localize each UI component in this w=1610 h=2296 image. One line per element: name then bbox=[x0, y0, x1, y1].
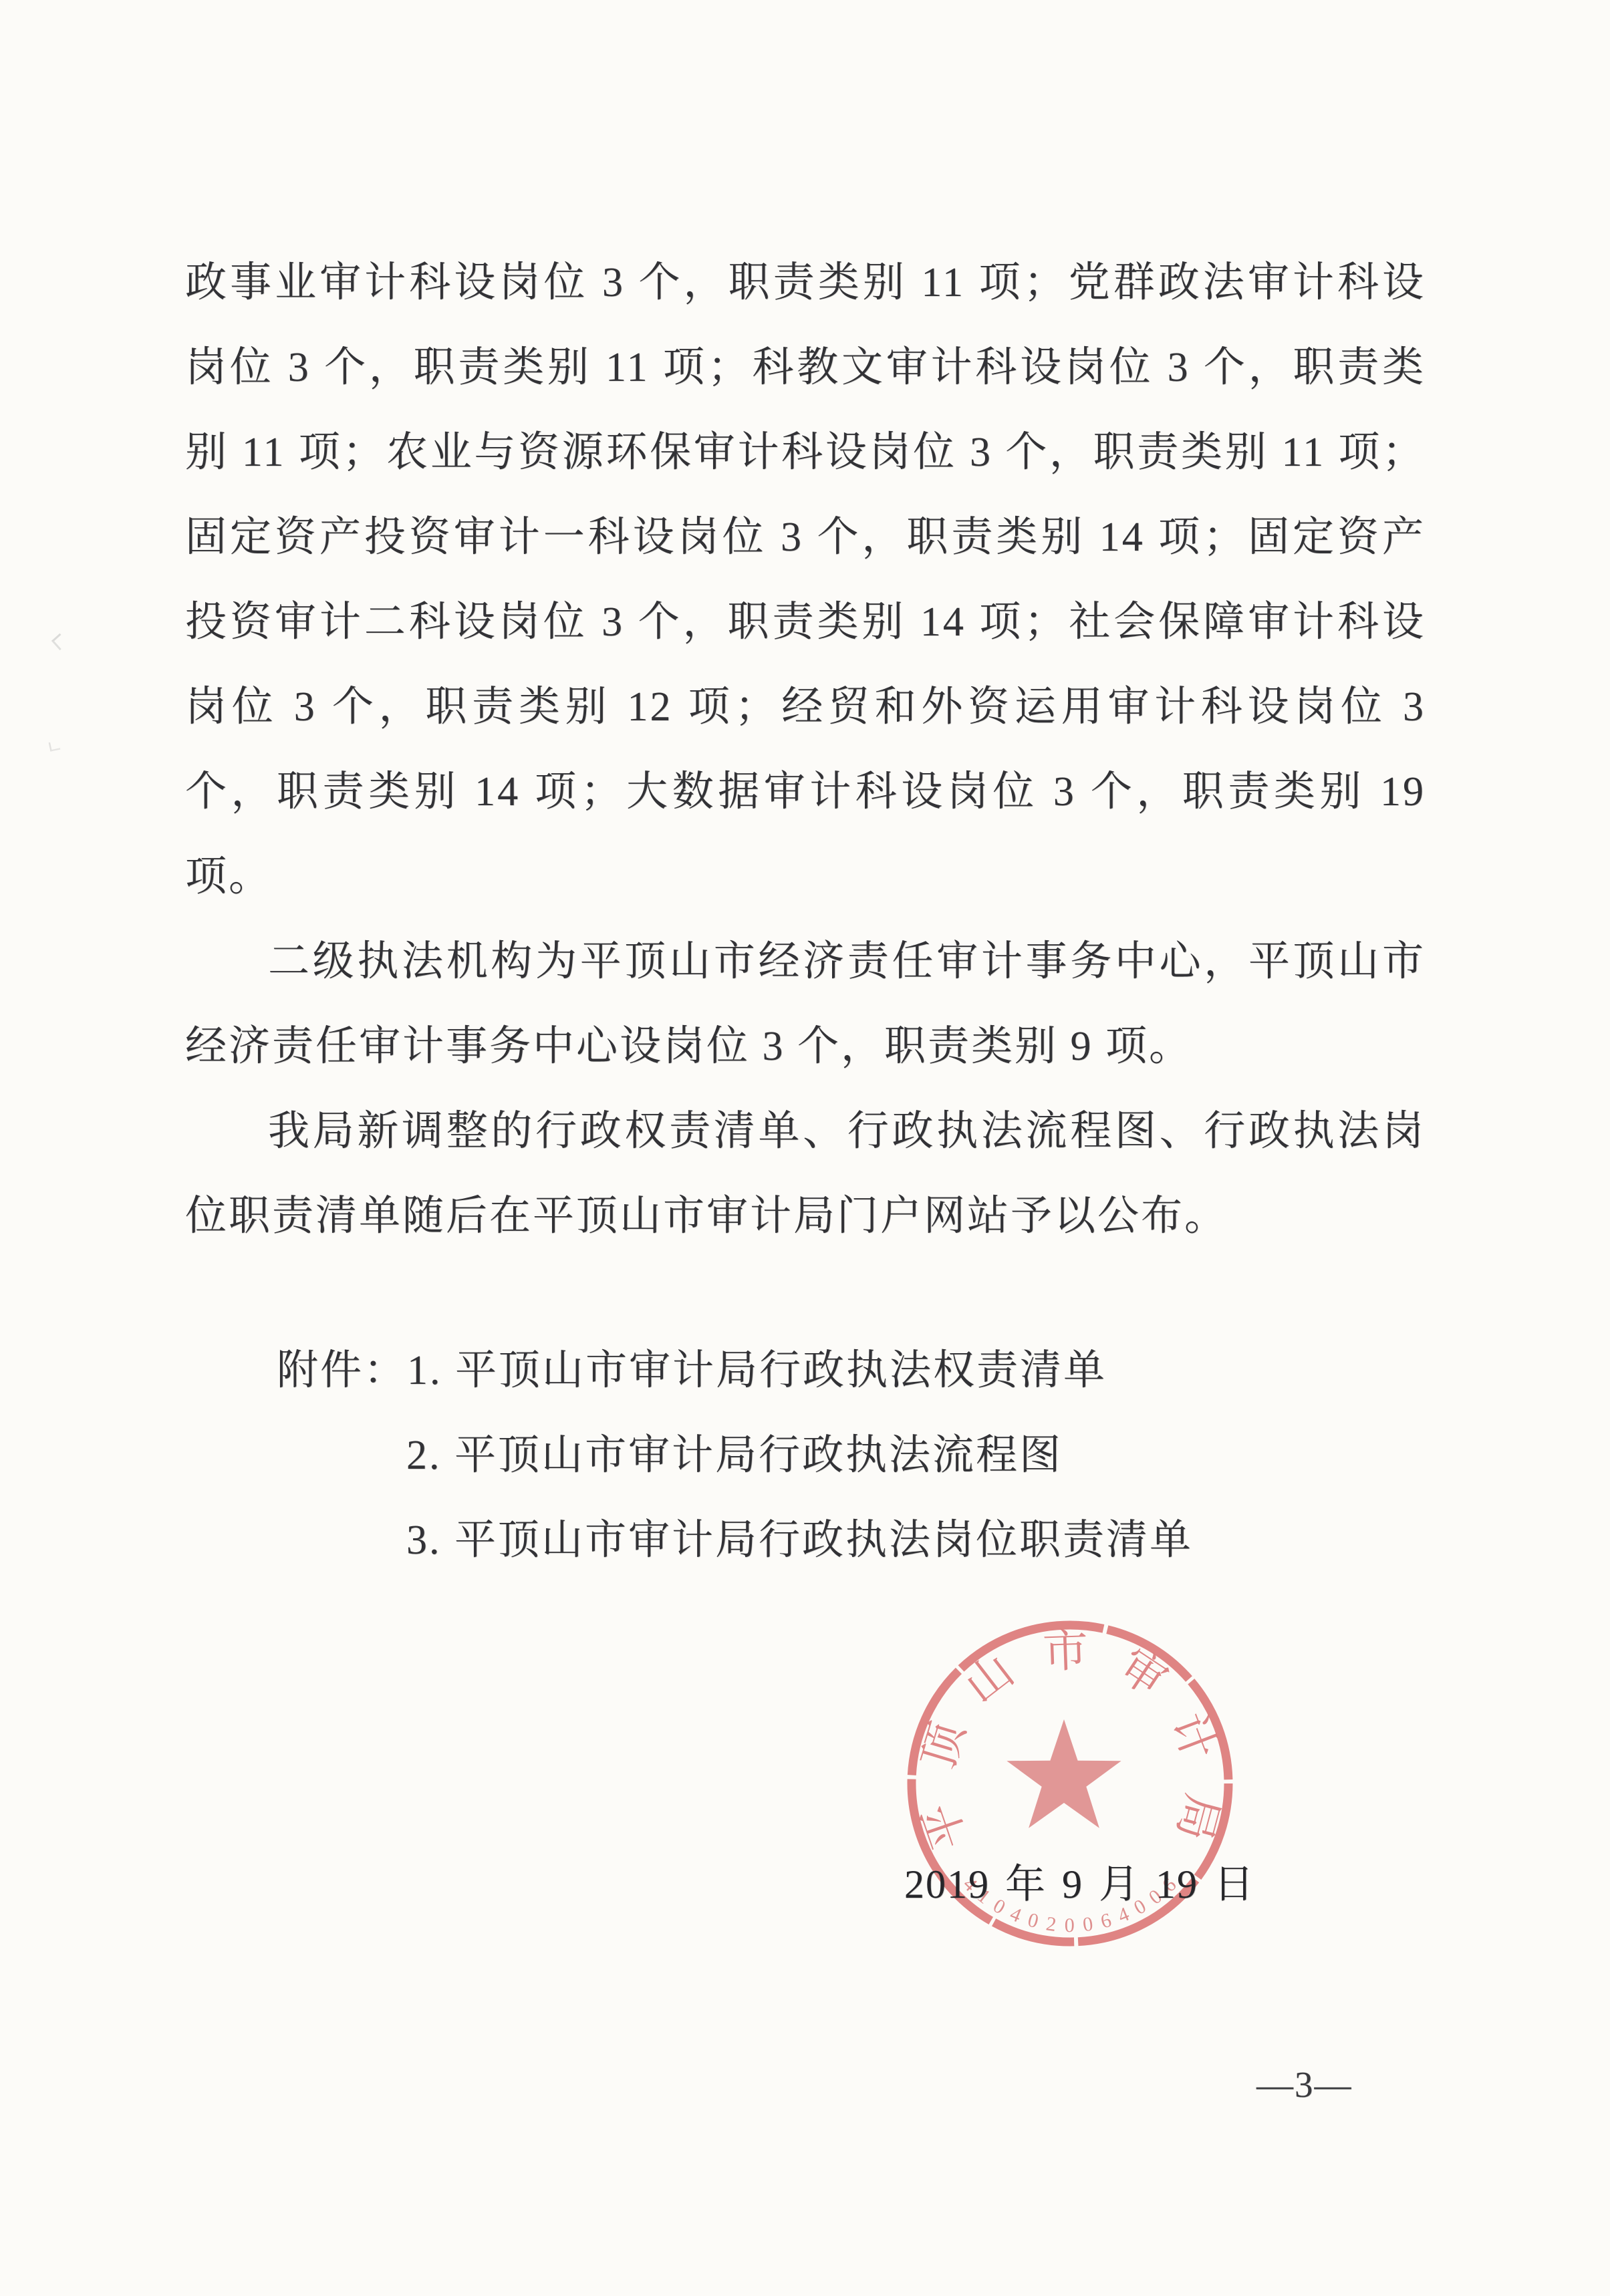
paragraph-line: 二级执法机构为平顶山市经济责任审计事务中心，平顶山市 bbox=[185, 919, 1426, 1004]
paragraph-line: 岗位 3 个，职责类别 12 项；经贸和外资运用审计科设岗位 3 bbox=[185, 665, 1426, 750]
attachment-number: 2. bbox=[406, 1413, 454, 1498]
paragraph-line: 我局新调整的行政权责清单、行政执法流程图、行政执法岗 bbox=[185, 1089, 1426, 1174]
scanned-document-page: 政事业审计科设岗位 3 个，职责类别 11 项；党群政法审计科设 岗位 3 个，… bbox=[0, 0, 1610, 2296]
paragraph-line: 项。 bbox=[185, 835, 1426, 919]
paragraph-line: 经济责任审计事务中心设岗位 3 个，职责类别 9 项。 bbox=[185, 1004, 1426, 1089]
attachment-title: 平顶山市审计局行政执法流程图 bbox=[454, 1433, 1063, 1478]
paragraph-line: 投资审计二科设岗位 3 个，职责类别 14 项；社会保障审计科设 bbox=[185, 580, 1426, 665]
paragraph-line: 政事业审计科设岗位 3 个，职责类别 11 项；党群政法审计科设 bbox=[185, 241, 1426, 325]
document-body: 政事业审计科设岗位 3 个，职责类别 11 项；党群政法审计科设 岗位 3 个，… bbox=[185, 241, 1426, 1259]
seal-star-icon bbox=[1007, 1719, 1121, 1828]
attachment-list: 附件：1.平顶山市审计局行政执法权责清单 2.平顶山市审计局行政执法流程图 3.… bbox=[277, 1328, 1446, 1583]
attachment-row: 附件：1.平顶山市审计局行政执法权责清单 bbox=[277, 1328, 1446, 1413]
attachment-row: 2.平顶山市审计局行政执法流程图 bbox=[406, 1413, 1446, 1498]
attachments-label: 附件： bbox=[277, 1348, 407, 1393]
attachment-title: 平顶山市审计局行政执法权责清单 bbox=[455, 1348, 1107, 1393]
page-number: —3— bbox=[1256, 2063, 1430, 2106]
paragraph-line: 个，职责类别 14 项；大数据审计科设岗位 3 个，职责类别 19 bbox=[185, 750, 1426, 835]
attachment-number: 3. bbox=[406, 1498, 454, 1583]
scan-artifact bbox=[49, 740, 61, 751]
paragraph-line: 位职责清单随后在平顶山市审计局门户网站予以公布。 bbox=[185, 1174, 1426, 1259]
paragraph-line: 岗位 3 个，职责类别 11 项；科教文审计科设岗位 3 个，职责类 bbox=[185, 325, 1426, 410]
attachment-number: 1. bbox=[407, 1328, 455, 1413]
attachment-row: 3.平顶山市审计局行政执法岗位职责清单 bbox=[406, 1498, 1446, 1583]
document-date: 2019 年 9 月 19 日 bbox=[904, 1852, 1255, 1910]
paragraph-line: 固定资产投资审计一科设岗位 3 个，职责类别 14 项；固定资产 bbox=[185, 495, 1426, 580]
attachment-title: 平顶山市审计局行政执法岗位职责清单 bbox=[454, 1518, 1193, 1563]
paragraph-line: 别 11 项；农业与资源环保审计科设岗位 3 个，职责类别 11 项； bbox=[185, 410, 1426, 495]
scan-artifact bbox=[51, 633, 68, 650]
